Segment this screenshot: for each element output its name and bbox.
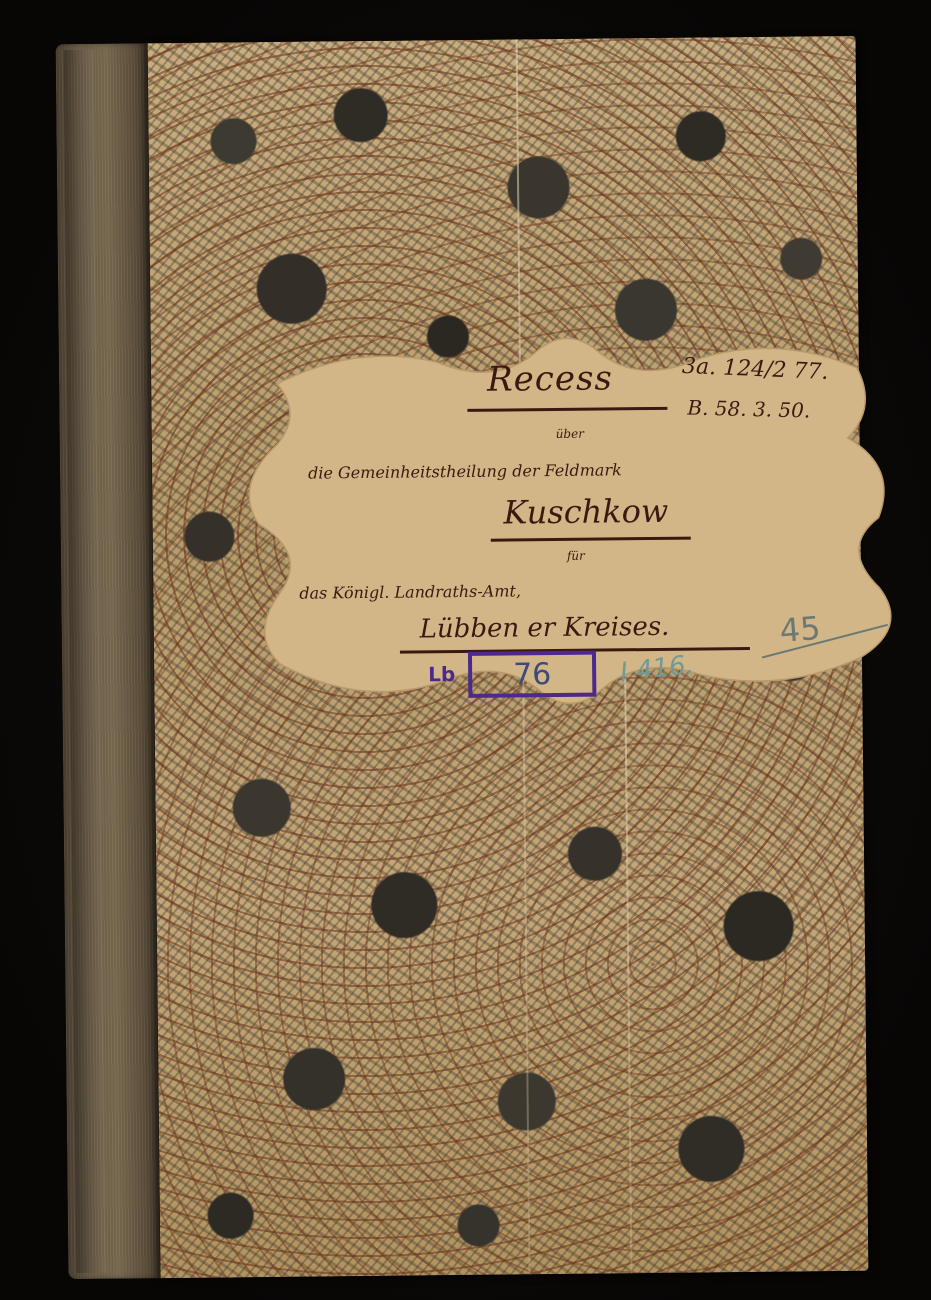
label-title: Recess: [487, 358, 613, 399]
cloth-spine: [56, 43, 161, 1279]
stamp-box: 76: [468, 651, 596, 698]
label-line-3: Lübben er Kreises.: [420, 612, 670, 645]
label-line-1: die Gemeinheitstheilung der Feldmark: [308, 460, 622, 482]
cover-crease: [624, 678, 632, 1273]
stamp-number: 76: [472, 657, 592, 693]
marbled-cover: Recess 3a. 124/2 77. B. 58. 3. 50. über …: [148, 36, 869, 1278]
book: Recess 3a. 124/2 77. B. 58. 3. 50. über …: [56, 36, 869, 1279]
spine-edge: [64, 50, 107, 1273]
reference-number-2: B. 58. 3. 50.: [687, 395, 810, 422]
label-place-name: Kuschkow: [503, 492, 668, 532]
cover-label: Recess 3a. 124/2 77. B. 58. 3. 50. über …: [237, 327, 909, 712]
stamp-prefix: Lb: [428, 662, 455, 686]
label-word-fur: für: [567, 549, 585, 563]
label-word-uber: über: [556, 427, 584, 441]
label-line-2: das Königl. Landraths-Amt,: [299, 581, 521, 602]
